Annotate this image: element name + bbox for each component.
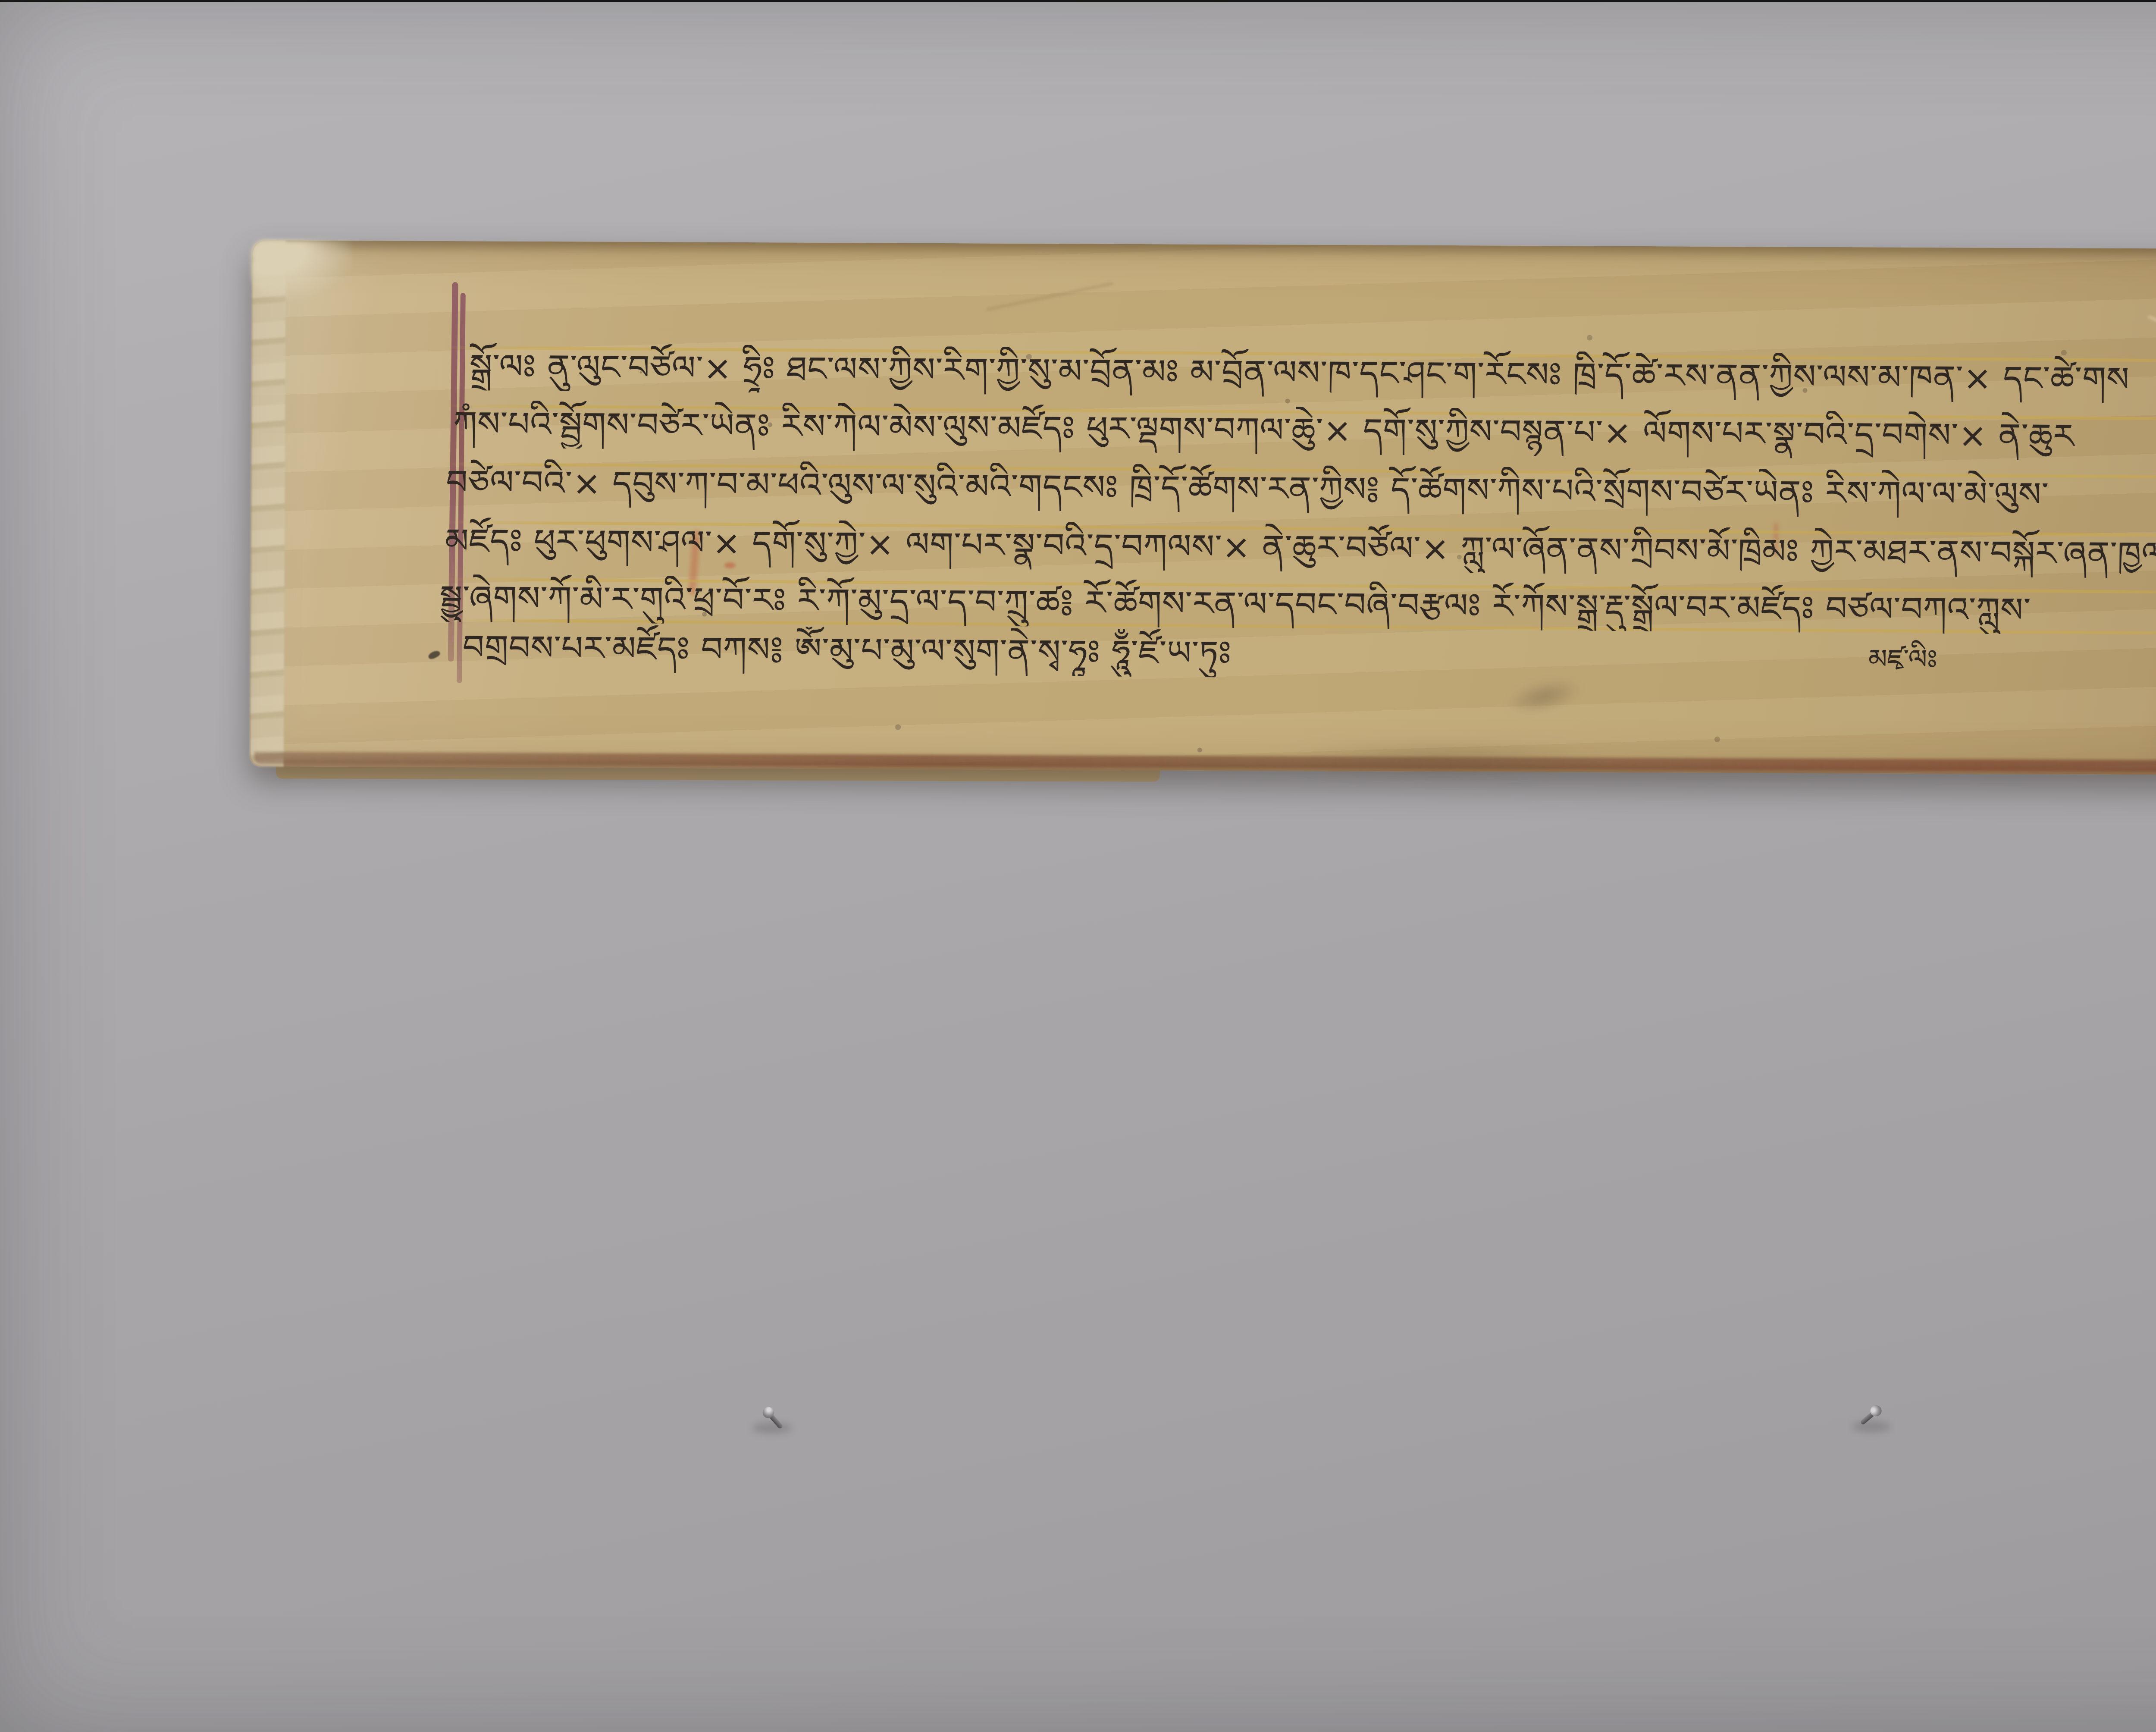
text-line-1: སྒྲོ་ལཿ ནུ་ལུང་བཙོལ་× ཧྲཱིཿ ཐང་ལས་ཀྱིས་ར… xyxy=(469,343,2156,405)
bottom-center-stain xyxy=(1276,740,1604,776)
mounting-pin-left xyxy=(753,1399,796,1442)
left-margin-ink-fleck xyxy=(427,649,441,660)
text-line-6-mantra: བགྲབས་པར་མཛོདཿ བཀས༔ ཨོཾ་མུ་པ་མུ་ལ་སུག་ནེ… xyxy=(462,624,1584,680)
photo-top-edge xyxy=(0,0,2156,2)
paper-crease-line xyxy=(986,282,1113,311)
photo-backdrop: སྒྲོ་ལཿ ནུ་ལུང་བཙོལ་× ཧྲཱིཿ ཐང་ལས་ཀྱིས་ར… xyxy=(0,0,2156,1732)
mounting-pin-right xyxy=(1848,1396,1891,1439)
manuscript-folio: སྒྲོ་ལཿ ནུ་ལུང་བཙོལ་× ཧྲཱིཿ ཐང་ལས་ཀྱིས་ར… xyxy=(250,240,2156,776)
left-deckle-edge xyxy=(250,240,286,766)
text-line-3: བཙེལ་བའི་× དབུས་ཀ་བ་མ་ཕའི་ལུས་ལ་སུའི་མའི… xyxy=(446,459,2156,521)
top-left-corner-chip xyxy=(252,240,351,301)
text-line-2: ཀཾས་པའི་སྦྱོགས་བཙེར་ཡེནཿ རིས་ཀེལ་མེས་ལུས… xyxy=(453,400,2156,462)
marginal-note: མཛྭ་ལིཿ xyxy=(1868,642,1937,677)
text-line-4: མཛོདཿ ཕུར་ཕུགས་ཤལ་× དགོ་སུ་ཀྱེ་× ལག་པར་ས… xyxy=(445,518,2156,579)
